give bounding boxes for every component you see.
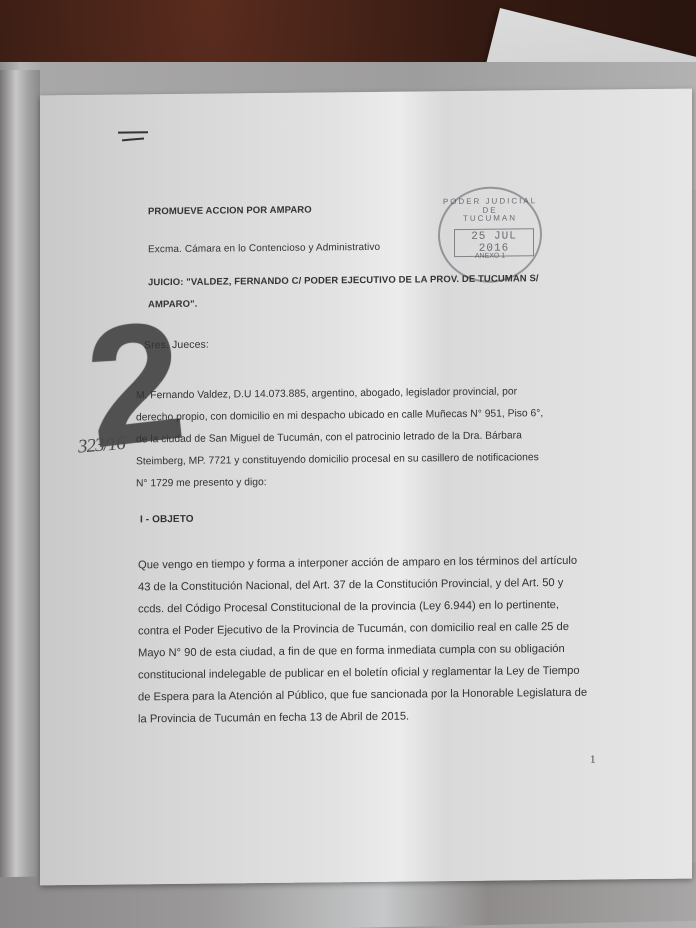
handwritten-file-number: 323/16 [77,433,125,459]
page-number: 1 [590,754,596,766]
stamp-bottom: ANEXO 1 [440,252,540,260]
stamp-line-3: TUCUMAN [440,213,540,223]
section-title: I - OBJETO [140,514,194,526]
pen-marks [118,129,152,143]
objeto-line: la Provincia de Tucumán en fecha 13 de A… [138,711,409,726]
document-heading: PROMUEVE ACCION POR AMPARO [148,205,312,218]
court-name: Excma. Cámara en lo Contencioso y Admini… [148,242,380,255]
case-title-line-1: JUICIO: "VALDEZ, FERNANDO C/ PODER EJECU… [148,273,539,288]
intro-line: derecho propio, con domicilio en mi desp… [136,408,543,423]
objeto-line: de Espera para la Atención al Público, q… [138,687,587,704]
folder-edge [0,70,40,928]
objeto-line: constitucional indelegable de publicar e… [138,665,580,682]
intro-line: de la ciudad de San Miguel de Tucumán, c… [136,430,522,445]
objeto-line: 43 de la Constitución Nacional, del Art.… [138,577,563,593]
objeto-line: ccds. del Código Procesal Constitucional… [138,599,559,615]
intro-line: Steimberg, MP. 7721 y constituyendo domi… [136,452,539,467]
objeto-line: Mayo N° 90 de esta ciudad, a fin de que … [138,643,565,659]
intro-line: M. Fernando Valdez, D.U 14.073.885, arge… [136,386,517,401]
salutation: Sres. Jueces: [144,339,209,352]
objeto-line: Que vengo en tiempo y forma a interponer… [138,555,577,572]
objeto-line: contra el Poder Ejecutivo de la Provinci… [138,621,569,638]
intro-line: N° 1729 me presento y digo: [136,477,267,489]
court-stamp: PODER JUDICIAL DE TUCUMAN 25 JUL 2016 AN… [438,186,542,283]
document-page: PROMUEVE ACCION POR AMPARO PODER JUDICIA… [40,89,692,886]
